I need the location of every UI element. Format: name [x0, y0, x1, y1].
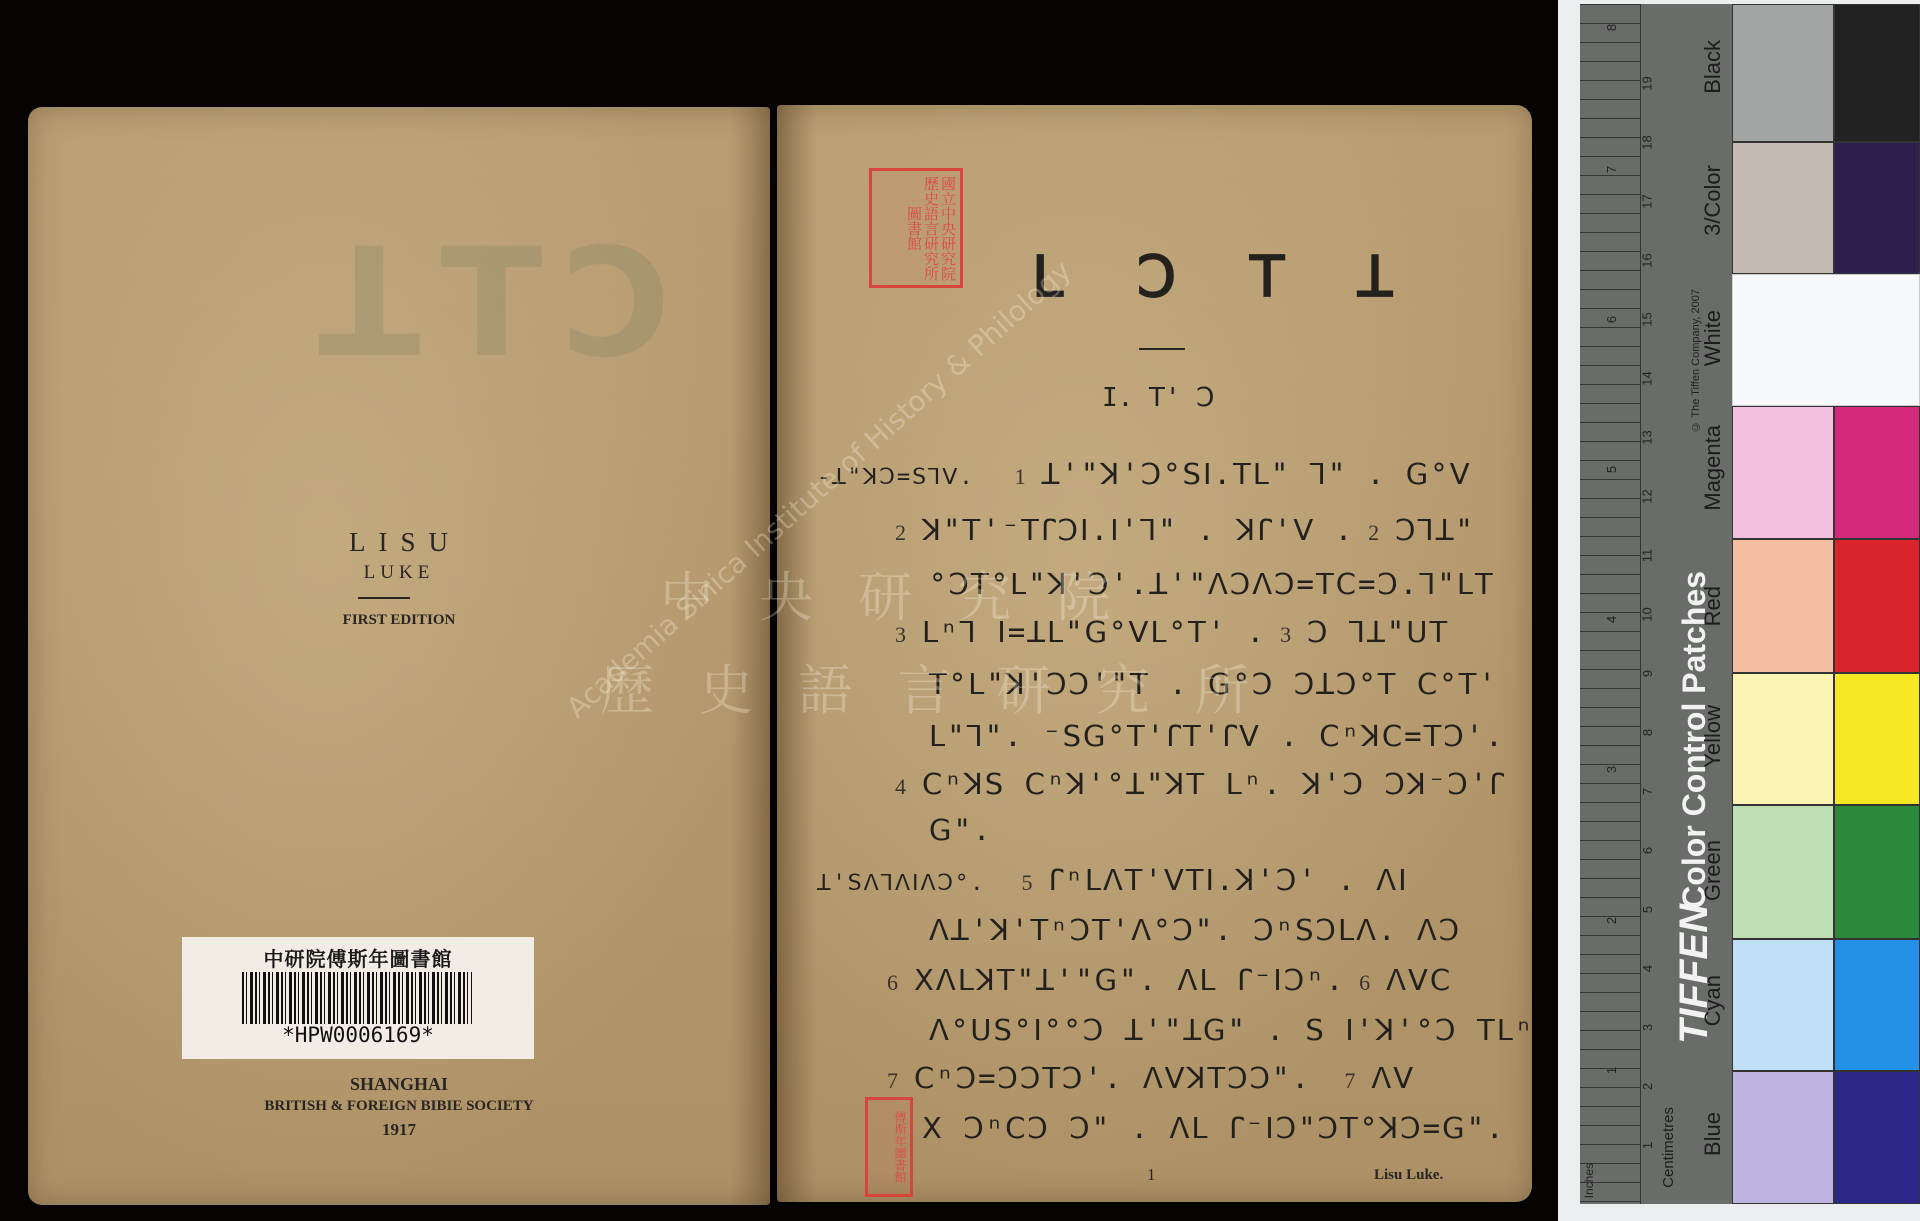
verse-text: ꓡ"ꓶ". ⁻ꓢꓖ°ꓔ'ꓩꓔ'ꓩꓦ . ꓚⁿꓘꓚ=ꓔꓛ'.: [929, 719, 1505, 753]
verse-number: 2: [1368, 520, 1381, 545]
verse-text: ꓛꓶꓕ": [1395, 513, 1475, 547]
cm-tick: 8: [1640, 729, 1655, 736]
verse-text: ꓥꓦ: [1371, 1061, 1415, 1095]
cm-tick: 12: [1640, 489, 1655, 503]
cm-tick: 6: [1640, 847, 1655, 854]
verse-number: 6: [887, 970, 900, 995]
patch-yellow-light: [1732, 673, 1834, 805]
patch-3color-light: [1732, 142, 1834, 274]
patch-blue-light: [1732, 1071, 1834, 1204]
patch-blue-dark: [1834, 1071, 1920, 1204]
inch-tick: 3: [1604, 766, 1619, 773]
verse-text: ꓕ'"ꓘ'ꓛ°ꓢꓲ.ꓔꓡ" ꓶ" . ꓖ°ꓦ: [1042, 457, 1472, 491]
verse-line: ꓡ"ꓶ". ⁻ꓢꓖ°ꓔ'ꓩꓔ'ꓩꓦ . ꓚⁿꓘꓚ=ꓔꓛ'.: [929, 719, 1505, 753]
patch-white: [1732, 274, 1920, 406]
verse-line: 6ꓫꓥꓡꓘꓔ"ꓕ'"ꓖ". ꓥꓡ ꓩ⁻ꓲꓛⁿ.6ꓥꓦꓚ: [887, 963, 1452, 997]
cover-title: LISU: [28, 527, 770, 558]
verse-text: ꓖ".: [929, 813, 992, 847]
cm-tick: 3: [1640, 1024, 1655, 1031]
barcode-number: *HPW0006169*: [182, 1023, 534, 1047]
patch-green-dark: [1834, 805, 1920, 939]
verse-text: ꓥꓦꓚ: [1386, 963, 1452, 997]
ruler-units-inches: Inches: [1582, 1163, 1596, 1198]
verse-line: ꓥ°ꓴꓢ°ꓲ°°ꓛ ꓕ'"ꓕꓖ" . ꓢ ꓲ'ꓘ'°ꓛ ꓔꓡⁿ: [929, 1013, 1534, 1047]
verse-line: -ꓕ"ꓘꓛ=ꓢꓶꓦ.1ꓕ'"ꓘ'ꓛ°ꓢꓲ.ꓔꓡ" ꓶ" . ꓖ°ꓦ: [817, 457, 1472, 491]
ruler-ticks: [1580, 4, 1640, 1204]
imprint-publisher: BRITISH & FOREIGN BIBIE SOCIETY: [28, 1098, 770, 1115]
cm-tick: 9: [1640, 670, 1655, 677]
verse-text: ꓘ"ꓔ'⁻ꓔꓩꓛꓲ.ꓲ'ꓶ" . ꓘꓩ'ꓦ .: [922, 513, 1354, 547]
verse-number: 5: [1022, 870, 1035, 895]
verse-number: 7: [1344, 1068, 1357, 1093]
inch-tick: 6: [1604, 316, 1619, 323]
verse-number: 7: [887, 1068, 900, 1093]
patch-red-light: [1732, 539, 1834, 673]
patch-label: Blue: [1700, 1112, 1726, 1156]
cm-tick: 14: [1640, 371, 1655, 385]
patch-label: Magenta: [1700, 425, 1726, 511]
verse-line: ꓕ'ꓢꓥꓶꓥꓲꓥꓛ°.5ꓩⁿꓡꓥꓔ'ꓦꓔꓲ.ꓘ'ꓛ' . ꓥꓲ: [817, 863, 1409, 897]
patch-red-dark: [1834, 539, 1920, 673]
patch-green-light: [1732, 805, 1834, 939]
patch-yellow-dark: [1834, 673, 1920, 805]
patch-black-dark: [1834, 4, 1920, 142]
verse-text: ꓛ ꓶꓕ"ꓴꓔ: [1307, 615, 1449, 649]
page-number: 1: [1147, 1165, 1156, 1185]
verse-line: °ꓛꓔ°ꓡ"ꓘ'ꓛ'.ꓕ'"ꓥꓛꓥꓛ=ꓔꓚ=ꓛ.ꓶ"ꓡꓔ: [929, 567, 1495, 601]
verse-text: ꓚⁿꓛ=ꓛꓛꓔꓛ'. ꓥꓦꓘꓔꓛꓛ".: [914, 1061, 1330, 1095]
verse-line: 4ꓚⁿꓘꓢ ꓚⁿꓘ'°ꓕ"ꓘꓔ ꓡⁿ. ꓘ'ꓛ ꓛꓘ⁻ꓛ'ꓩ: [895, 767, 1506, 801]
patch-cyan-dark: [1834, 939, 1920, 1071]
verse-text: ꓥꓕ'ꓘ'ꓔⁿꓛꓔ'ꓥ°ꓛ". ꓛⁿꓢꓛꓡꓥ. ꓥꓛ: [929, 913, 1461, 947]
cm-tick: 15: [1640, 312, 1655, 326]
verse-line: 7ꓚⁿꓛ=ꓛꓛꓔꓛ'. ꓥꓦꓘꓔꓛꓛ". 7ꓥꓦ: [887, 1061, 1415, 1095]
patch-magenta-dark: [1834, 406, 1920, 539]
patch-label: Green: [1700, 840, 1726, 901]
barcode-icon: [242, 972, 472, 1024]
patch-cyan-light: [1732, 939, 1834, 1071]
section-heading-lisu: ꓕ'ꓢꓥꓶꓥꓲꓥꓛ°.: [817, 871, 986, 896]
red-seal-stamp-bottom: 傅斯年圖書館: [865, 1097, 913, 1197]
verse-text: ꓔ°ꓡ"ꓘ'ꓛꓛ'"ꓔ . ꓖ°ꓛ ꓛꓕꓛ°ꓔ ꓚ°ꓔ': [929, 667, 1498, 701]
patch-label: Yellow: [1700, 705, 1726, 768]
right-page-text: 國立中央研究院歷史語言研究所圖書館 ꓡ ꓛ ꓔ ꓕ I. ꓔ' ꓛ -ꓕ"ꓘꓛ=…: [777, 105, 1532, 1202]
verse-number: 1: [1015, 464, 1028, 489]
tiffen-color-card: Inches Centimetres TIFFEN Color Control …: [1558, 0, 1920, 1221]
patch-black-light: [1732, 4, 1834, 142]
patch-label: Red: [1700, 586, 1726, 626]
patch-3color-dark: [1834, 142, 1920, 274]
patch-magenta-light: [1732, 406, 1834, 539]
cover-subtitle: LUKE: [28, 562, 770, 584]
cm-tick: 1: [1640, 1142, 1655, 1149]
cm-tick: 16: [1640, 253, 1655, 267]
book-heading-lisu: ꓡ ꓛ ꓔ ꓕ: [1032, 245, 1412, 310]
imprint-year: 1917: [28, 1120, 770, 1140]
verse-text: ꓫꓥꓡꓘꓔ"ꓕ'"ꓖ". ꓥꓡ ꓩ⁻ꓲꓛⁿ.: [914, 963, 1345, 997]
inch-tick: 5: [1604, 466, 1619, 473]
cm-tick: 11: [1639, 549, 1654, 563]
verse-text: ꓚⁿꓘꓢ ꓚⁿꓘ'°ꓕ"ꓘꓔ ꓡⁿ. ꓘ'ꓛ ꓛꓘ⁻ꓛ'ꓩ: [922, 767, 1506, 801]
cm-tick: 13: [1640, 430, 1655, 444]
verse-number: 3: [1280, 622, 1293, 647]
cm-tick: 18: [1640, 135, 1655, 149]
left-page-cover: ꓕꓔꓛ LISU LUKE FIRST EDITION 中研院傅斯年圖書館 *H…: [28, 107, 770, 1205]
ruler-units-cm: Centimetres: [1660, 1107, 1677, 1188]
verse-text: ꓡⁿꓶ ꓲ=ꓕꓡ"ꓖ°ꓦꓡ°ꓔ' .: [922, 615, 1266, 649]
patch-label: Black: [1700, 40, 1726, 94]
cm-tick: 17: [1640, 194, 1655, 208]
cm-tick: 7: [1640, 788, 1655, 795]
library-name: 中研院傅斯年圖書館: [182, 943, 534, 972]
cm-tick: 19: [1640, 76, 1655, 90]
section-heading-lisu: -ꓕ"ꓘꓛ=ꓢꓶꓦ.: [817, 465, 975, 490]
inch-tick: 8: [1604, 24, 1619, 31]
verse-line: 3ꓡⁿꓶ ꓲ=ꓕꓡ"ꓖ°ꓦꓡ°ꓔ' .3ꓛ ꓶꓕ"ꓴꓔ: [895, 615, 1449, 649]
spine-shadow: [777, 105, 817, 1202]
inch-tick: 4: [1604, 616, 1619, 623]
chapter-heading: I. ꓔ' ꓛ: [1102, 383, 1214, 413]
verse-number: 2: [895, 520, 908, 545]
library-barcode-label: 中研院傅斯年圖書館 *HPW0006169*: [182, 937, 534, 1059]
verse-number: 6: [1359, 970, 1372, 995]
verse-line: ꓥꓕ'ꓘ'ꓔⁿꓛꓔ'ꓥ°ꓛ". ꓛⁿꓢꓛꓡꓥ. ꓥꓛ: [929, 913, 1461, 947]
cm-tick: 4: [1640, 965, 1655, 972]
verse-line: 2ꓘ"ꓔ'⁻ꓔꓩꓛꓲ.ꓲ'ꓶ" . ꓘꓩ'ꓦ .2ꓛꓶꓕ": [895, 513, 1475, 547]
patch-label: 3/Color: [1700, 165, 1726, 236]
imprint-city: SHANGHAI: [28, 1074, 770, 1095]
running-footer: Lisu Luke.: [1374, 1167, 1443, 1184]
verse-text: ꓫ ꓛⁿꓚꓛ ꓛ" . ꓥꓡ ꓩ⁻ꓲꓛ"ꓛꓔ°ꓘꓛ=ꓖ".: [922, 1111, 1505, 1145]
verse-text: ꓥ°ꓴꓢ°ꓲ°°ꓛ ꓕ'"ꓕꓖ" . ꓢ ꓲ'ꓘ'°ꓛ ꓔꓡⁿ: [929, 1013, 1534, 1047]
cover-edition: FIRST EDITION: [28, 612, 770, 629]
patch-label: White: [1700, 310, 1726, 366]
verse-number: 4: [895, 774, 908, 799]
cover-rule: [358, 597, 410, 599]
verse-text: ꓩⁿꓡꓥꓔ'ꓦꓔꓲ.ꓘ'ꓛ' . ꓥꓲ: [1049, 863, 1409, 897]
verse-line: ꓫ ꓛⁿꓚꓛ ꓛ" . ꓥꓡ ꓩ⁻ꓲꓛ"ꓛꓔ°ꓘꓛ=ꓖ".: [922, 1111, 1505, 1145]
inch-tick: 7: [1604, 166, 1619, 173]
verse-line: ꓖ".: [929, 813, 992, 847]
verse-text: °ꓛꓔ°ꓡ"ꓘ'ꓛ'.ꓕ'"ꓥꓛꓥꓛ=ꓔꓚ=ꓛ.ꓶ"ꓡꓔ: [929, 567, 1495, 601]
verse-number: 3: [895, 622, 908, 647]
red-seal-stamp-top: 國立中央研究院歷史語言研究所圖書館: [869, 168, 963, 288]
inch-tick: 1: [1604, 1067, 1619, 1074]
heading-ornament-rule: [1139, 348, 1185, 350]
bleed-through-title: ꓕꓔꓛ: [318, 217, 693, 391]
spine-shadow: [730, 107, 770, 1205]
cm-tick: 2: [1640, 1083, 1655, 1090]
verse-line: ꓔ°ꓡ"ꓘ'ꓛꓛ'"ꓔ . ꓖ°ꓛ ꓛꓕꓛ°ꓔ ꓚ°ꓔ': [929, 667, 1498, 701]
cm-tick: 5: [1640, 906, 1655, 913]
inch-tick: 2: [1604, 917, 1619, 924]
cm-tick: 10: [1640, 607, 1655, 621]
patch-label: Cyan: [1700, 975, 1726, 1026]
